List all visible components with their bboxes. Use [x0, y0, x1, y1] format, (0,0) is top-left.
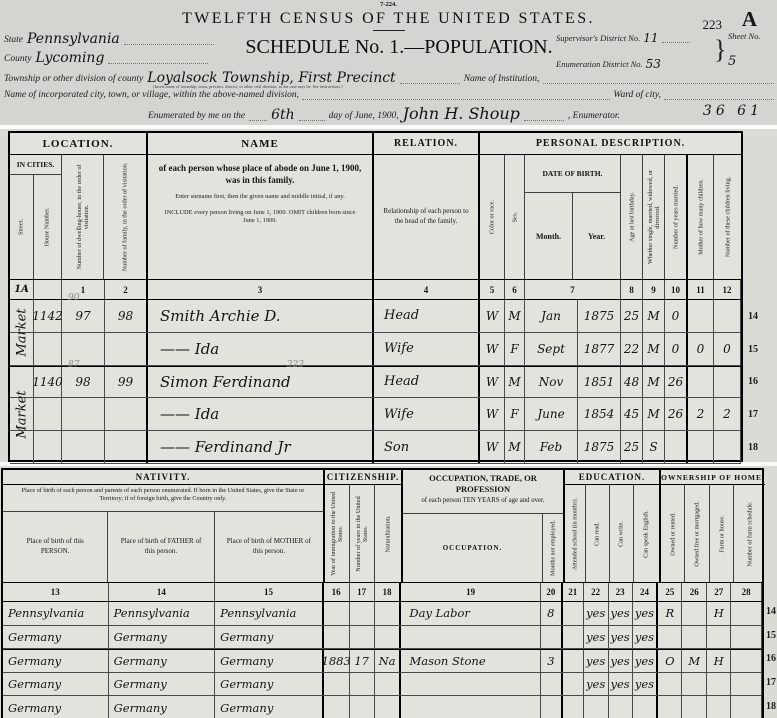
- line-number-gutter: 1415161718: [766, 600, 776, 718]
- fbirth-value: Germany: [114, 654, 167, 668]
- column-number: 27: [707, 583, 731, 601]
- title-rule: [373, 30, 405, 31]
- color-value: W: [486, 375, 498, 389]
- occ-value: Mason Stone: [409, 654, 485, 668]
- enumerated-mid: day of June, 1900,: [329, 111, 399, 121]
- column-label: Mother of how many children.: [697, 158, 704, 276]
- name-value: Simon Ferdinand: [160, 373, 291, 391]
- occupation-description: of each person TEN YEARS of age and over…: [403, 497, 563, 505]
- column-owned-free-or-mortgaged: Owned free or mortgaged.: [685, 485, 710, 582]
- dotted-line: [662, 32, 690, 43]
- column-label: Whether single, married, widowed, or div…: [646, 158, 660, 276]
- enumerator-suffix: , Enumerator.: [568, 111, 620, 121]
- imm-cell: [324, 696, 350, 718]
- color-cell: W: [480, 333, 505, 365]
- month-value: Feb: [540, 440, 562, 454]
- column-number: 21: [563, 583, 584, 601]
- marital-cell: M: [643, 367, 665, 398]
- sched-cell: [731, 673, 762, 696]
- speak-value: yes: [635, 606, 654, 620]
- pbirth-value: Pennsylvania: [8, 606, 84, 620]
- mother-cell: [688, 367, 714, 398]
- sex-value: F: [510, 407, 518, 421]
- speak-cell: yes: [633, 602, 659, 625]
- month-value: Sept: [537, 342, 565, 356]
- table1-header: LOCATION. IN CITIES. Street. House Numbe…: [10, 133, 741, 279]
- column-label: Number of years in the United States.: [355, 489, 369, 579]
- column-group-ownership: OWNERSHIP OF HOME. Owned or rented. Owne…: [661, 470, 765, 582]
- dotted-line: [108, 53, 208, 64]
- column-number: 11: [688, 280, 714, 299]
- column-label: Number of farm schedule.: [746, 489, 753, 579]
- imm-cell: [324, 626, 350, 649]
- marital-value: M: [647, 407, 659, 421]
- name-value: Smith Archie D.: [160, 307, 281, 325]
- name-value: —— Ida: [160, 340, 219, 358]
- speak-cell: yes: [633, 673, 659, 696]
- fbirth-value: Germany: [114, 677, 167, 691]
- column-sex: Sex.: [505, 155, 525, 279]
- farm-cell: H: [707, 602, 731, 625]
- school-cell: [563, 602, 584, 625]
- read-cell: [584, 696, 609, 718]
- ym-cell: 26: [665, 398, 688, 430]
- mort-cell: [682, 673, 707, 696]
- read-value: yes: [586, 606, 605, 620]
- months-cell: 3: [541, 650, 563, 672]
- name-value: —— Ida: [160, 405, 219, 423]
- dotted-line: [299, 110, 325, 121]
- farm-cell: [707, 673, 731, 696]
- state-row: State Pennsylvania: [4, 31, 214, 45]
- column-label: Can write.: [618, 489, 625, 579]
- farm-cell: [707, 696, 731, 718]
- house-value: 1140: [32, 375, 63, 389]
- pencil-annotation: 90: [68, 293, 79, 303]
- column-number: 17: [350, 583, 375, 601]
- pencil-annotation: 87: [68, 360, 79, 370]
- year-cell: 1877: [578, 333, 621, 365]
- column-label: Number of dwelling-house, in the order o…: [75, 158, 89, 276]
- marital-cell: M: [643, 333, 665, 365]
- relation-cell: Head: [374, 300, 480, 332]
- mort-value: M: [688, 654, 700, 668]
- sex-cell: F: [505, 333, 525, 365]
- age-cell: 22: [621, 333, 643, 365]
- township-value: Loyalsock Township, First Precinct [Inse…: [147, 70, 395, 86]
- year-cell: 1851: [578, 367, 621, 398]
- column-house-number: House Number.: [34, 175, 61, 279]
- column-group-date-of-birth: DATE OF BIRTH. Month. Year.: [525, 155, 621, 279]
- column-color-race: Color or race.: [480, 155, 505, 279]
- occ-cell: Mason Stone: [401, 650, 540, 672]
- yrs-cell: [350, 626, 375, 649]
- write-cell: yes: [609, 602, 633, 625]
- school-cell: [563, 626, 584, 649]
- nat-value: Na: [379, 654, 396, 668]
- ym-value: 0: [672, 342, 680, 356]
- month-cell: Sept: [525, 333, 578, 365]
- column-age: Age at last birthday.: [621, 155, 643, 279]
- enumeration-district-value: 53: [646, 57, 661, 71]
- write-cell: yes: [609, 626, 633, 649]
- months-cell: [541, 673, 563, 696]
- occ-cell: [401, 696, 540, 718]
- speak-value: yes: [635, 654, 654, 668]
- record-row: —— IdaWifeWFJune185445M2622: [10, 398, 741, 431]
- month-value: Jan: [541, 309, 561, 323]
- supervisor-district-value: 11: [643, 31, 658, 45]
- column-number: 16: [324, 583, 350, 601]
- pbirth-value: Germany: [8, 701, 61, 715]
- imm-value: 1883: [322, 654, 351, 668]
- living-cell: [714, 367, 741, 398]
- dotted-line: [543, 73, 774, 84]
- column-number: 3: [148, 280, 374, 299]
- year-value: 1854: [584, 407, 615, 421]
- line-number: 18: [748, 431, 758, 464]
- column-label: Months not employed.: [549, 517, 556, 579]
- group-title: PERSONAL DESCRIPTION.: [480, 133, 741, 155]
- column-number: 13: [3, 583, 109, 601]
- write-cell: yes: [609, 673, 633, 696]
- name-cell: —— Ferdinand Jr: [148, 431, 374, 463]
- group-title: LOCATION.: [10, 133, 146, 155]
- year-value: 1877: [584, 342, 615, 356]
- year-cell: 1875: [578, 431, 621, 463]
- occ-cell: Day Labor: [401, 602, 540, 625]
- column-number: 7: [525, 280, 621, 299]
- house-cell: 1142: [34, 300, 62, 332]
- owned-cell: [658, 673, 682, 696]
- imm-cell: [324, 673, 350, 696]
- record-row: 1142909798Smith Archie D.HeadWMJan187525…: [10, 300, 741, 333]
- relation-value: Head: [384, 374, 419, 389]
- living-cell: 2: [714, 398, 741, 430]
- column-number: 28: [731, 583, 762, 601]
- relation-cell: Son: [374, 431, 480, 463]
- column-number-row: 1A 1 2 3 4 5 6 7 8 9 10 11 12: [10, 279, 741, 300]
- yrs-cell: [350, 602, 375, 625]
- column-group-personal-description: PERSONAL DESCRIPTION. Color or race. Sex…: [480, 133, 741, 279]
- marital-value: M: [647, 375, 659, 389]
- schedule-title: SCHEDULE No. 1.—POPULATION.: [238, 36, 560, 59]
- year-value: 1875: [584, 440, 615, 454]
- sched-cell: [731, 650, 762, 672]
- column-months-not-employed: Months not employed.: [543, 514, 563, 582]
- supervisor-district-label: Supervisor's District No.: [556, 33, 640, 43]
- mbirth-cell: Germany: [215, 650, 324, 672]
- brace: }: [714, 31, 726, 69]
- form-header: 7-224. TWELFTH CENSUS OF THE UNITED STAT…: [0, 0, 777, 125]
- column-number: 24: [633, 583, 659, 601]
- column-label: Attended school (in months).: [571, 489, 578, 579]
- sheet-label: Sheet No.: [728, 31, 761, 41]
- read-cell: yes: [584, 602, 609, 625]
- enumerated-day: 6th: [271, 107, 295, 123]
- family-cell: 99: [105, 367, 148, 398]
- ym-cell: 0: [665, 333, 688, 365]
- column-number: 12: [714, 280, 741, 299]
- mbirth-value: Germany: [220, 677, 273, 691]
- mother-value: 0: [697, 342, 705, 356]
- column-label: Street.: [18, 168, 25, 286]
- column-year: Year.: [573, 193, 620, 279]
- marital-cell: M: [643, 398, 665, 430]
- read-cell: yes: [584, 673, 609, 696]
- mbirth-cell: Germany: [215, 696, 324, 718]
- family-value: 99: [118, 375, 133, 389]
- column-label: Naturalization.: [384, 489, 391, 579]
- nat-cell: [375, 696, 402, 718]
- color-value: W: [486, 440, 498, 454]
- fbirth-cell: Germany: [109, 673, 216, 696]
- speak-value: yes: [635, 630, 654, 644]
- record-row: PennsylvaniaPennsylvaniaPennsylvaniaDay …: [3, 602, 762, 626]
- age-cell: 45: [621, 398, 643, 430]
- house-cell: 1140: [34, 367, 62, 398]
- line-number: 18: [766, 694, 776, 718]
- nativity-description: Place of birth of each person and parent…: [3, 485, 323, 512]
- imm-cell: 1883: [324, 650, 350, 672]
- column-group-location: LOCATION. IN CITIES. Street. House Numbe…: [10, 133, 148, 279]
- dotted-line: [302, 89, 610, 100]
- dwelling-cell: 9097: [62, 300, 105, 332]
- speak-value: yes: [635, 677, 654, 691]
- house-value: 1142: [32, 309, 63, 323]
- living-cell: [714, 300, 741, 332]
- year-value: 1851: [584, 375, 615, 389]
- township-row: Township or other division of county Loy…: [4, 70, 774, 84]
- house-cell: [34, 431, 62, 463]
- column-mother-of-children: Mother of how many children.: [688, 155, 714, 279]
- occ-cell: [401, 673, 540, 696]
- line-number: 17: [748, 398, 758, 431]
- table2-records: PennsylvaniaPennsylvaniaPennsylvaniaDay …: [3, 602, 762, 718]
- column-label: Sex.: [511, 158, 518, 276]
- census-title: TWELFTH CENSUS OF THE UNITED STATES.: [0, 10, 777, 28]
- nat-cell: [375, 673, 402, 696]
- record-row: —— IdaWifeWFSept187722M000: [10, 333, 741, 366]
- fbirth-value: Pennsylvania: [114, 606, 190, 620]
- relation-cell: Wife: [374, 333, 480, 365]
- relation-cell: Wife: [374, 398, 480, 430]
- months-value: 3: [547, 654, 554, 668]
- marital-value: M: [647, 309, 659, 323]
- column-number: 5: [480, 280, 505, 299]
- owned-cell: O: [658, 650, 682, 672]
- dotted-line: [524, 110, 564, 121]
- school-cell: [563, 673, 584, 696]
- table1-records: 1142909798Smith Archie D.HeadWMJan187525…: [10, 300, 741, 464]
- enumerator-name: John H. Shoup: [403, 104, 520, 123]
- column-number: 19: [401, 583, 540, 601]
- column-children-living: Number of these children living.: [714, 155, 741, 279]
- year-cell: 1875: [578, 300, 621, 332]
- mort-cell: M: [682, 650, 707, 672]
- color-cell: W: [480, 431, 505, 463]
- family-value: 98: [118, 309, 133, 323]
- table2-header: NATIVITY. Place of birth of each person …: [3, 470, 762, 582]
- city-row: Name of incorporated city, town, or vill…: [4, 89, 774, 100]
- sex-value: M: [508, 309, 520, 323]
- read-cell: yes: [584, 650, 609, 672]
- dotted-line: [664, 89, 774, 100]
- line-number-gutter: 1415161718: [748, 300, 758, 464]
- mbirth-cell: Pennsylvania: [215, 602, 324, 625]
- living-value: 2: [723, 407, 731, 421]
- age-value: 45: [624, 407, 639, 421]
- column-group-occupation: OCCUPATION, TRADE, OR PROFESSION of each…: [403, 470, 565, 582]
- column-label: Age at last birthday.: [628, 158, 635, 276]
- ward-label: Ward of city,: [613, 90, 661, 100]
- read-value: yes: [586, 677, 605, 691]
- line-number: 15: [766, 624, 776, 648]
- dotted-line: [124, 34, 214, 45]
- line-number: 14: [766, 600, 776, 624]
- column-number: 10: [665, 280, 688, 299]
- mbirth-value: Pennsylvania: [220, 606, 296, 620]
- pbirth-cell: Germany: [3, 650, 109, 672]
- yrs-cell: [350, 673, 375, 696]
- column-label: House Number.: [44, 168, 51, 286]
- sex-value: M: [508, 375, 520, 389]
- name-value: —— Ferdinand Jr: [160, 438, 291, 456]
- column-label: Owned or rented.: [669, 489, 676, 579]
- sched-cell: [731, 696, 762, 718]
- column-number: 4: [374, 280, 480, 299]
- mort-cell: [682, 696, 707, 718]
- record-row: GermanyGermanyGermanyyesyesyes: [3, 673, 762, 697]
- name-cell: —— Ida: [148, 398, 374, 430]
- county-label: County: [4, 54, 31, 64]
- column-label: Color or race.: [488, 158, 495, 276]
- column-number: 6: [505, 280, 525, 299]
- age-value: 48: [624, 375, 639, 389]
- write-cell: [609, 696, 633, 718]
- farm-value: H: [714, 654, 724, 668]
- farm-value: H: [714, 606, 724, 620]
- relation-value: Head: [384, 308, 419, 323]
- group-title: OWNERSHIP OF HOME.: [661, 470, 765, 485]
- month-cell: June: [525, 398, 578, 430]
- ym-cell: 26: [665, 367, 688, 398]
- sheet-number-handwritten: 36 61: [703, 103, 763, 119]
- city-label: Name of incorporated city, town, or vill…: [4, 90, 299, 100]
- year-value: 1875: [584, 309, 615, 323]
- owned-cell: [658, 696, 682, 718]
- ym-cell: 0: [665, 300, 688, 332]
- record-row: GermanyGermanyGermany: [3, 696, 762, 718]
- dwelling-cell: [62, 398, 105, 430]
- ym-value: 0: [672, 309, 680, 323]
- form-number: 7-224.: [0, 1, 777, 8]
- column-group-citizenship: CITIZENSHIP. Year of immigration to the …: [325, 470, 403, 582]
- column-number: 25: [658, 583, 682, 601]
- age-cell: 48: [621, 367, 643, 398]
- sched-cell: [731, 602, 762, 625]
- column-group-education: EDUCATION. Attended school (in months). …: [565, 470, 661, 582]
- state-label: State: [4, 35, 23, 45]
- farm-cell: H: [707, 650, 731, 672]
- pbirth-cell: Germany: [3, 626, 109, 649]
- column-number: 14: [109, 583, 216, 601]
- mother-cell: 2: [688, 398, 714, 430]
- month-cell: Feb: [525, 431, 578, 463]
- township-label: Township or other division of county: [4, 74, 143, 84]
- pencil-annotation: 323: [287, 360, 304, 370]
- mother-cell: [688, 300, 714, 332]
- name-cell: 323Simon Ferdinand: [148, 367, 374, 398]
- fbirth-cell: Pennsylvania: [109, 602, 216, 625]
- nat-cell: [375, 602, 402, 625]
- relation-value: Wife: [384, 407, 414, 422]
- column-number: 20: [541, 583, 563, 601]
- column-birthplace-mother: Place of birth of MOTHER of this person.: [215, 512, 323, 582]
- enumeration-row: Enumerated by me on the 6th day of June,…: [148, 104, 620, 121]
- dob-title: DATE OF BIRTH.: [525, 155, 620, 193]
- speak-cell: yes: [633, 650, 659, 672]
- column-label: Can speak English.: [643, 489, 650, 579]
- write-value: yes: [610, 630, 629, 644]
- name-cell: Smith Archie D.: [148, 300, 374, 332]
- name-instructions: of each person whose place of abode on J…: [158, 163, 362, 186]
- fbirth-value: Germany: [114, 701, 167, 715]
- house-cell: [34, 398, 62, 430]
- owned-value: R: [666, 606, 675, 620]
- color-value: W: [486, 342, 498, 356]
- column-number: 18: [375, 583, 402, 601]
- mbirth-cell: Germany: [215, 673, 324, 696]
- column-group-relation: RELATION. Relationship of each person to…: [374, 133, 480, 279]
- family-cell: [105, 333, 148, 365]
- page-letter: A: [742, 7, 757, 32]
- fbirth-value: Germany: [114, 630, 167, 644]
- column-number: 26: [682, 583, 707, 601]
- read-value: yes: [586, 654, 605, 668]
- column-number: 23: [609, 583, 633, 601]
- street-name-vertical: Market: [15, 360, 30, 470]
- enumerated-prefix: Enumerated by me on the: [148, 111, 245, 121]
- mbirth-value: Germany: [220, 701, 273, 715]
- column-naturalization: Naturalization.: [375, 485, 401, 582]
- record-row: GermanyGermanyGermanyyesyesyes: [3, 626, 762, 650]
- state-value: Pennsylvania: [27, 31, 120, 47]
- column-farm-or-house: Farm or house.: [710, 485, 734, 582]
- group-title: NATIVITY.: [3, 470, 323, 485]
- mother-cell: 0: [688, 333, 714, 365]
- marital-value: M: [647, 342, 659, 356]
- column-owned-or-rented: Owned or rented.: [661, 485, 685, 582]
- column-label: Number of these children living.: [724, 158, 731, 276]
- record-row: —— Ferdinand JrSonWMFeb187525S: [10, 431, 741, 464]
- family-cell: 98: [105, 300, 148, 332]
- school-cell: [563, 650, 584, 672]
- month-cell: Nov: [525, 367, 578, 398]
- pbirth-value: Germany: [8, 630, 61, 644]
- pbirth-cell: Germany: [3, 673, 109, 696]
- county-value: Lycoming: [35, 50, 104, 66]
- record-row: 1140879899323Simon FerdinandHeadWMNov185…: [10, 366, 741, 399]
- read-value: yes: [586, 630, 605, 644]
- dwelling-cell: [62, 431, 105, 463]
- yrs-cell: 17: [350, 650, 375, 672]
- occ-value: Day Labor: [409, 606, 470, 620]
- column-number-row: 13 14 15 16 17 18 19 20 21 22 23 24 25 2…: [3, 582, 762, 602]
- school-cell: [563, 696, 584, 718]
- sex-value: M: [508, 440, 520, 454]
- owned-cell: R: [658, 602, 682, 625]
